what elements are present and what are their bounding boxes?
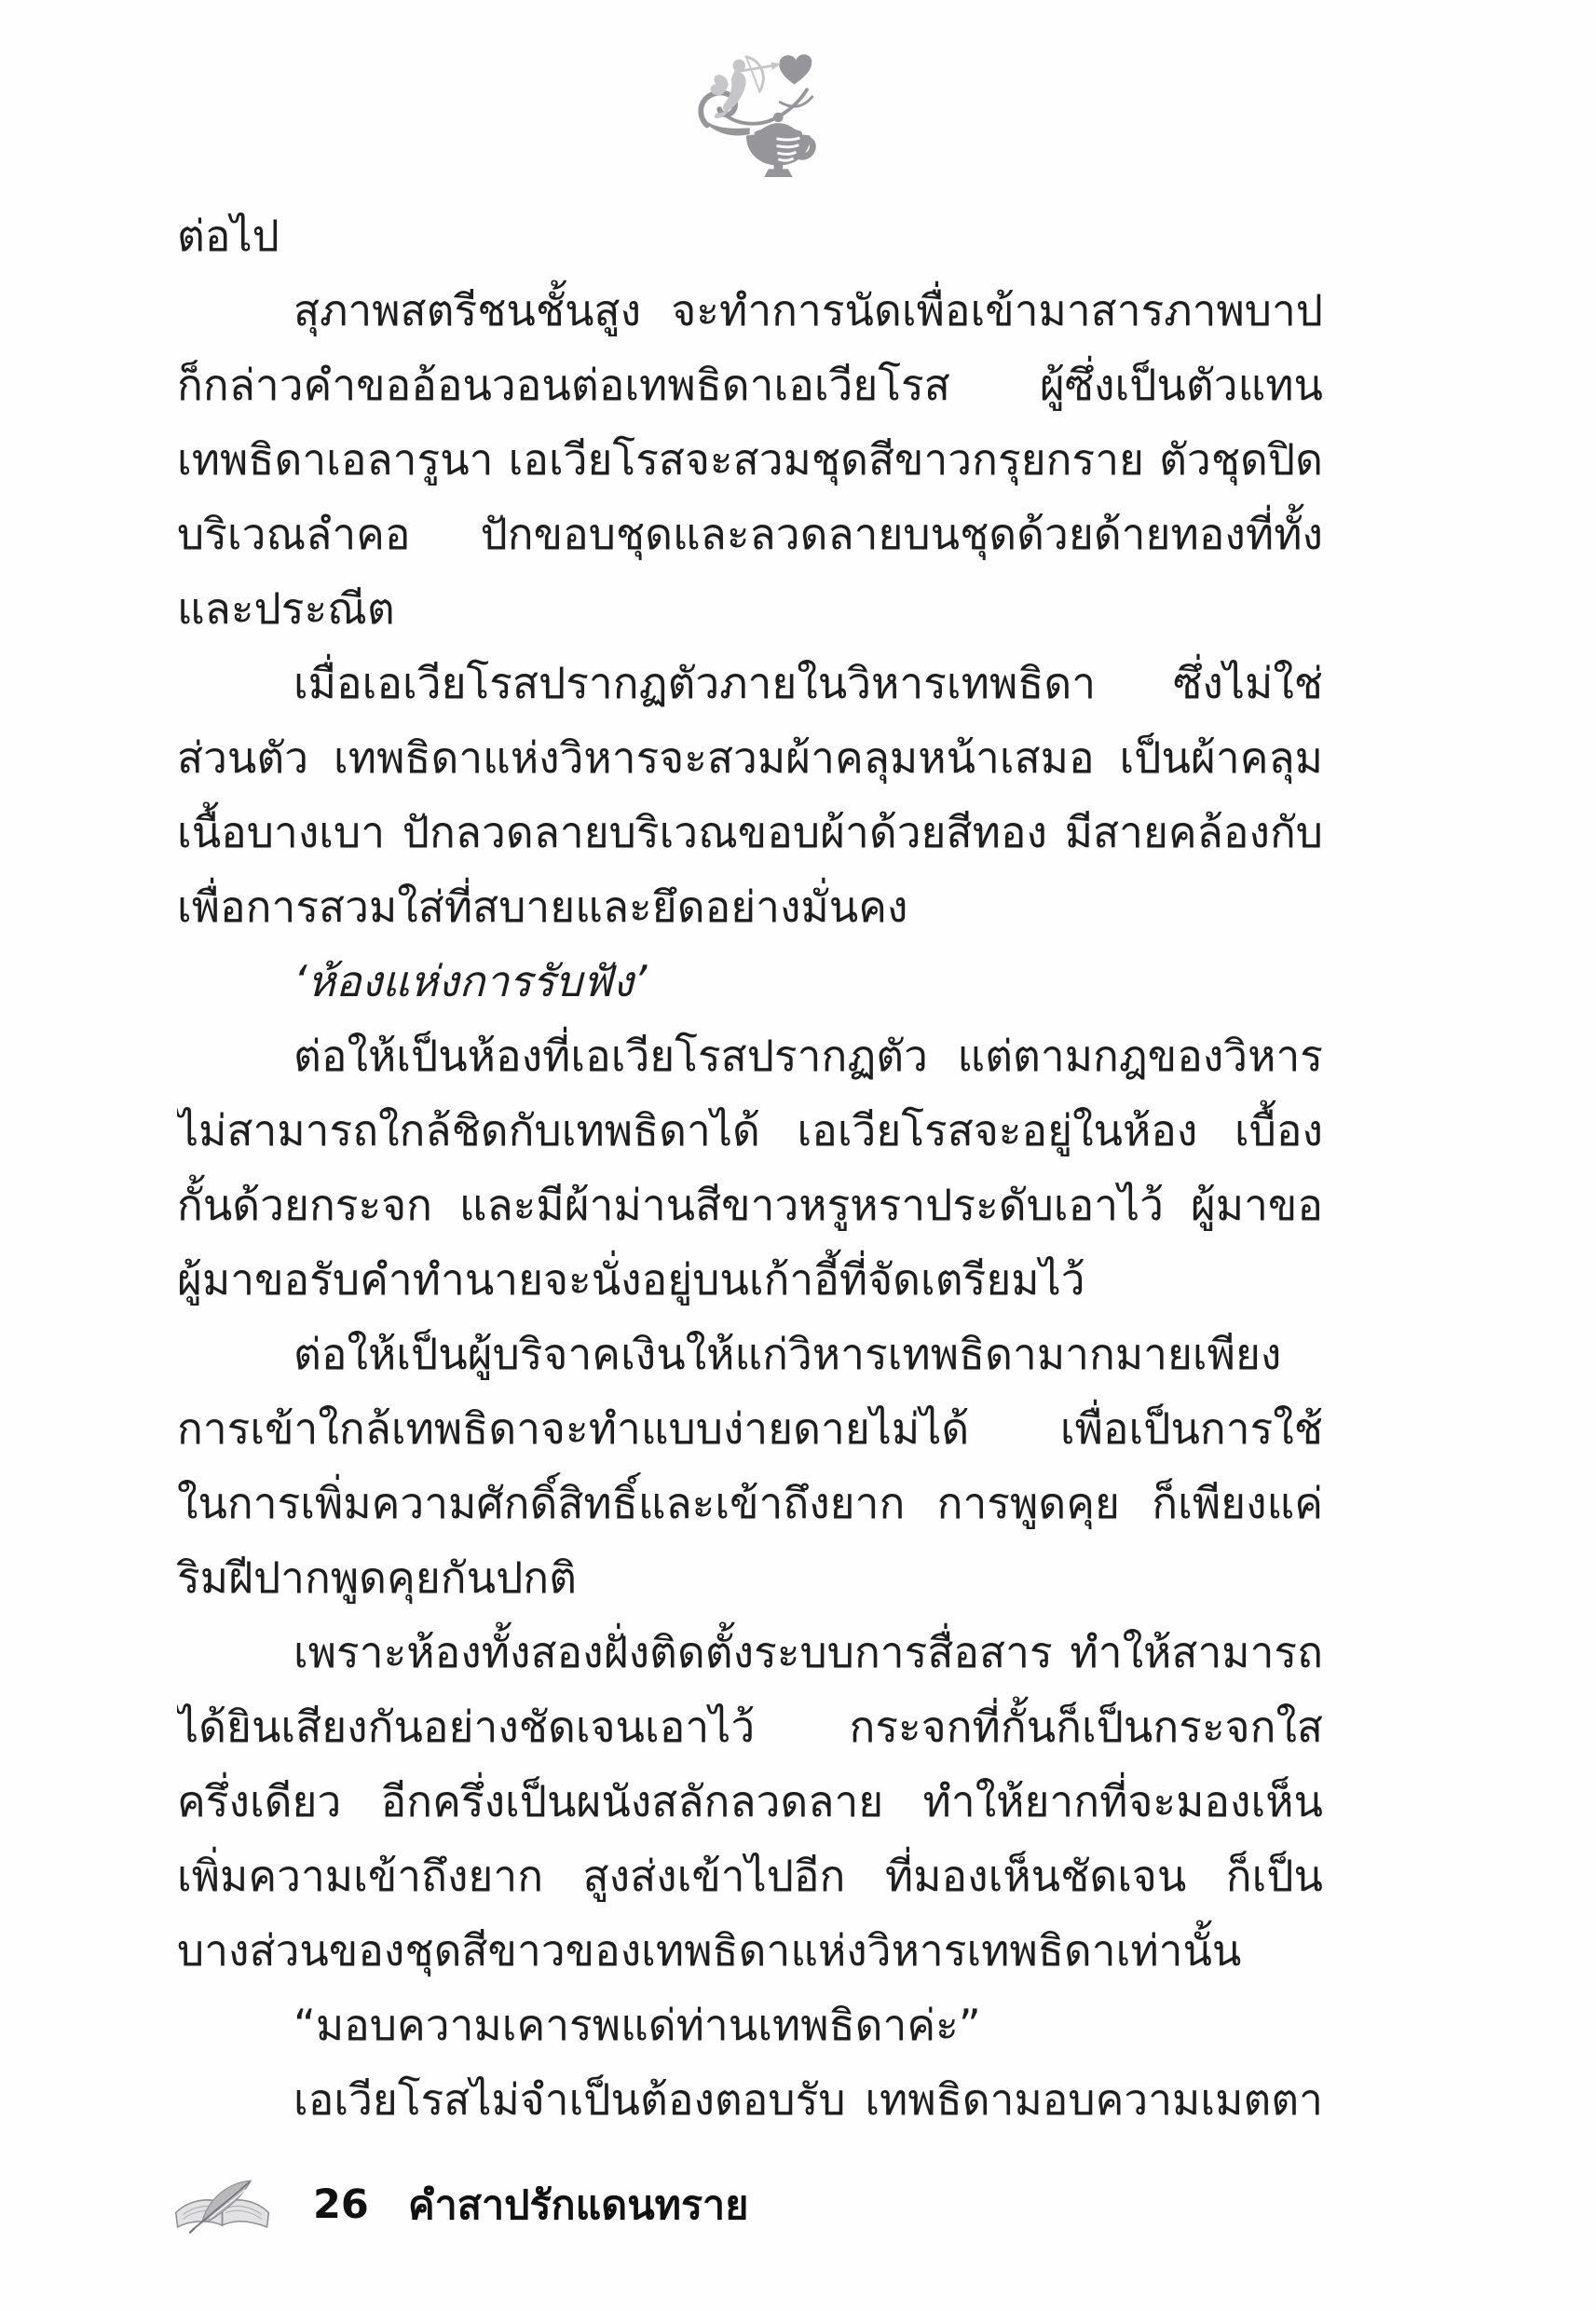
text-line: และประณีต (177, 571, 1323, 646)
text-line: ไม่สามารถใกล้ชิดกับเทพธิดาได้ เอเวียโรสจ… (177, 1093, 1323, 1168)
text-line: การเข้าใกล้เทพธิดาจะทำแบบง่ายดายไม่ได้ เ… (177, 1391, 1323, 1466)
text-line: เมื่อเอเวียโรสปรากฏตัวภายในวิหารเทพธิดา … (177, 646, 1323, 720)
text-line: เพิ่มความเข้าถึงยาก สูงส่งเข้าไปอีก ที่ม… (177, 1839, 1323, 1913)
book-page: ต่อไป สุภาพสตรีชนชั้นสูง จะทำการนัดเพื่อ… (0, 0, 1596, 2311)
text-line: ก็กล่าวคำขออ้อนวอนต่อเทพธิดาเอเวียโรส ผู… (177, 348, 1323, 422)
text-line: ส่วนตัว เทพธิดาแห่งวิหารจะสวมผ้าคลุมหน้า… (177, 720, 1323, 795)
page-footer: 26 คำสาปรักแดนทราย (171, 2171, 748, 2238)
text-line: เพราะห้องทั้งสองฝั่งติดตั้งระบบการสื่อสา… (177, 1615, 1323, 1689)
text-line: เพื่อการสวมใส่ที่สบายและยึดอย่างมั่นคง (177, 869, 1323, 944)
text-line: ได้ยินเสียงกันอย่างชัดเจนเอาไว้ กระจกที่… (177, 1689, 1323, 1764)
cupid-genie-lamp-ornament (693, 52, 816, 177)
text-line: กั้นด้วยกระจก และมีผ้าม่านสีขาวหรูหราประ… (177, 1168, 1323, 1242)
text-line: ต่อให้เป็นห้องที่เอเวียโรสปรากฏตัว แต่ตา… (177, 1019, 1323, 1093)
text-line: ในการเพิ่มความศักดิ์สิทธิ์และเข้าถึงยาก … (177, 1466, 1323, 1540)
text-line: เทพธิดาเอลารูนา เอเวียโรสจะสวมชุดสีขาวกร… (177, 422, 1323, 497)
open-book-quill-icon (171, 2175, 278, 2235)
text-line: ต่อไป (177, 198, 1323, 273)
body-text: ต่อไป สุภาพสตรีชนชั้นสูง จะทำการนัดเพื่อ… (177, 198, 1323, 2137)
text-line: สุภาพสตรีชนชั้นสูง จะทำการนัดเพื่อเข้ามา… (177, 273, 1323, 348)
text-line: บริเวณลำคอ ปักขอบชุดและลวดลายบนชุดด้วยด้… (177, 497, 1323, 571)
text-line-quote: ‘ห้องแห่งการรับฟัง’ (177, 944, 1323, 1019)
text-line: เนื้อบางเบา ปักลวดลายบริเวณขอบผ้าด้วยสีท… (177, 795, 1323, 869)
page-number: 26 (313, 2181, 369, 2228)
ornament-svg (693, 52, 816, 177)
text-line: บางส่วนของชุดสีขาวของเทพธิดาแห่งวิหารเทพ… (177, 1913, 1323, 1988)
text-line: เอเวียโรสไม่จำเป็นต้องตอบรับ เทพธิดามอบค… (177, 2062, 1323, 2137)
text-line: ริมฝีปากพูดคุยกันปกติ (177, 1540, 1323, 1615)
text-line: ผู้มาขอรับคำทำนายจะนั่งอยู่บนเก้าอี้ที่จ… (177, 1242, 1323, 1317)
text-line-dialogue: “มอบความเคารพแด่ท่านเทพธิดาค่ะ” (177, 1988, 1323, 2062)
text-line: ครึ่งเดียว อีกครึ่งเป็นผนังสลักลวดลาย ทำ… (177, 1764, 1323, 1839)
text-line: ต่อให้เป็นผู้บริจาคเงินให้แก่วิหารเทพธิด… (177, 1317, 1323, 1391)
book-title: คำสาปรักแดนทราย (408, 2173, 749, 2236)
